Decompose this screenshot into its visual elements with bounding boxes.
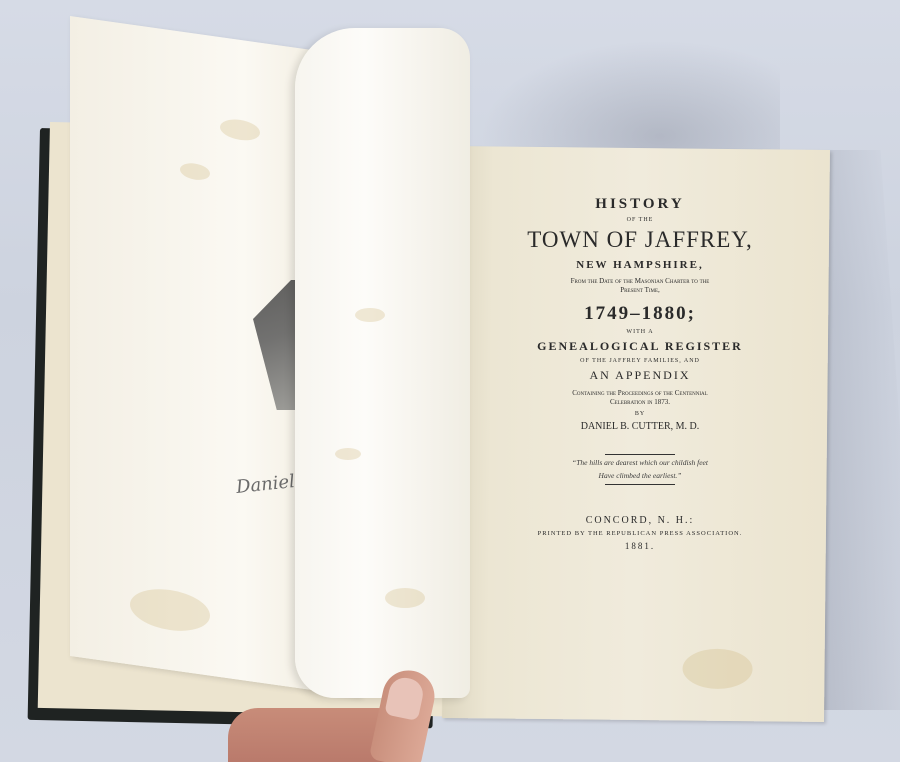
title-by: BY: [490, 411, 790, 417]
title-from-line2: Present Time,: [490, 286, 790, 295]
hand: [228, 668, 438, 762]
divider: [605, 484, 675, 485]
foxing-stain: [180, 161, 210, 181]
title-with-a: WITH A: [490, 329, 790, 335]
foxing-stain: [682, 649, 752, 690]
title-genealogical: GENEALOGICAL REGISTER: [490, 339, 790, 354]
title-history: HISTORY: [490, 196, 790, 213]
title-of-the: OF THE: [490, 217, 790, 223]
title-from-line1: From the Date of the Masonian Charter to…: [490, 277, 790, 286]
background-shadow: [480, 40, 780, 160]
title-containing-line2: Celebration in 1873.: [490, 398, 790, 407]
tissue-guard-page[interactable]: [295, 28, 470, 698]
foxing-stain: [130, 584, 210, 635]
imprint-place: CONCORD, N. H.:: [490, 515, 790, 526]
title-page-text: HISTORY OF THE TOWN OF JAFFREY, NEW HAMP…: [490, 196, 790, 551]
foxing-stain: [355, 308, 385, 322]
title-containing-line1: Containing the Proceedings of the Centen…: [490, 389, 790, 398]
imprint-printer: PRINTED BY THE REPUBLICAN PRESS ASSOCIAT…: [490, 530, 790, 537]
epigraph-line2: Have climbed the earliest.”: [490, 471, 790, 481]
title-of-families: OF THE JAFFREY FAMILIES, AND: [490, 358, 790, 364]
divider: [605, 454, 675, 455]
foxing-stain: [220, 117, 260, 143]
title-state: NEW HAMPSHIRE,: [490, 259, 790, 271]
imprint-year: 1881.: [490, 541, 790, 551]
foxing-stain: [335, 448, 361, 460]
title-years: 1749–1880;: [490, 303, 790, 325]
title-author: DANIEL B. CUTTER, M. D.: [490, 421, 790, 432]
epigraph-line1: “The hills are dearest which our childis…: [490, 458, 790, 468]
title-town: TOWN OF JAFFREY,: [490, 227, 790, 253]
title-appendix: AN APPENDIX: [490, 368, 790, 383]
foxing-stain: [385, 588, 425, 608]
